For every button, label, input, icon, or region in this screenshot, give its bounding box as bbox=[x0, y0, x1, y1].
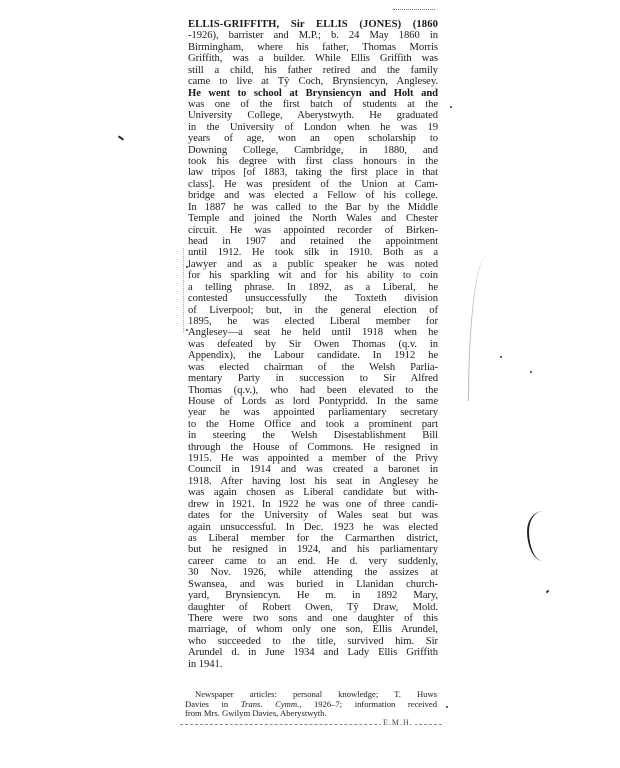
text-line: bridge and was elected a Fellow of his c… bbox=[188, 190, 438, 201]
text-line: was defeated by Sir Owen Thomas (q.v. in bbox=[188, 339, 438, 350]
text-line: 1895, he was elected Liberal member for bbox=[188, 316, 438, 327]
text-line: drew in 1921. In 1922 he was one of thre… bbox=[188, 499, 438, 510]
text-line: Thomas (q.v.), who had been elevated to … bbox=[188, 385, 438, 396]
speck bbox=[500, 356, 502, 358]
text-line: House of Lords as lord Pontypridd. In th… bbox=[188, 396, 438, 407]
text-line: mentary Party in succession to Sir Alfre… bbox=[188, 373, 438, 384]
text-line: again unsuccessful. In Dec. 1923 he was … bbox=[188, 522, 438, 533]
header-mark bbox=[393, 9, 435, 12]
text-line: who succeeded to the title, survived him… bbox=[188, 636, 438, 647]
text-line: was again chosen as Liberal candidate bu… bbox=[188, 487, 438, 498]
text-line: 1918. After having lost his seat in Angl… bbox=[188, 476, 438, 487]
text-line: came to live at Tŷ Coch, Brynsiencyn, An… bbox=[188, 76, 438, 87]
text-line: circuit. He was appointed recorder of Bi… bbox=[188, 225, 438, 236]
text-line: Council in 1914 and was created a barone… bbox=[188, 464, 438, 475]
text-line: Birmingham, where his father, Thomas Mor… bbox=[188, 42, 438, 53]
pen-mark bbox=[527, 511, 543, 561]
text-line: contested unsuccessfully the Toxteth div… bbox=[188, 293, 438, 304]
entry-heading: ELLIS-GRIFFITH, Sir ELLIS (JONES) (1860 bbox=[188, 19, 438, 30]
sources-note: Newspaper articles: personal knowledge; … bbox=[185, 690, 437, 719]
text-line: years of age, won an open scholarship to bbox=[188, 133, 438, 144]
text-line: yard, Brynsiencyn. He m. in 1892 Mary, bbox=[188, 590, 438, 601]
text-line: Temple and joined the North Wales and Ch… bbox=[188, 213, 438, 224]
text-line: in steering the Welsh Disestablishment B… bbox=[188, 430, 438, 441]
text-line: law tripos [of 1883, taking the first pl… bbox=[188, 167, 438, 178]
text-line: 30 Nov. 1926, while attending the assize… bbox=[188, 567, 438, 578]
text-line: but he resigned in 1924, and his parliam… bbox=[188, 544, 438, 555]
speck bbox=[186, 266, 188, 268]
text-line: of Liverpool; but, in the general electi… bbox=[188, 305, 438, 316]
speck bbox=[547, 590, 549, 592]
text-line: Anglesey—a seat he held until 1918 when … bbox=[188, 327, 438, 338]
author-initials: E.M.H. bbox=[381, 718, 415, 727]
text-line: until 1912. He took silk in 1910. Both a… bbox=[188, 247, 438, 258]
sources-text: Davies in bbox=[185, 699, 241, 709]
text-line: In 1887 he was called to the Bar by the … bbox=[188, 202, 438, 213]
text-line: head in 1907 and retained the appointmen… bbox=[188, 236, 438, 247]
sources-text: , 1926–7; information received bbox=[299, 699, 437, 709]
text-line: was one of the first batch of students a… bbox=[188, 99, 438, 110]
text-line: Griffith, was a builder. While Ellis Gri… bbox=[188, 53, 438, 64]
text-line: Downing College, Cambridge, in 1880, and bbox=[188, 145, 438, 156]
text-line: was elected chairman of the Welsh Parlia… bbox=[188, 362, 438, 373]
text-line: He went to school at Brynsiencyn and Hol… bbox=[188, 88, 438, 99]
text-line: in 1941. bbox=[188, 659, 438, 670]
journal-title: Trans. Cymm. bbox=[241, 699, 299, 709]
text-line: Appendix), the Labour candidate. In 1912… bbox=[188, 350, 438, 361]
text-line: University College, Aberystwyth. He grad… bbox=[188, 110, 438, 121]
biography-entry: ELLIS-GRIFFITH, Sir ELLIS (JONES) (1860 … bbox=[188, 19, 438, 670]
text-line: -1926), barrister and M.P.; b. 24 May 18… bbox=[188, 30, 438, 41]
scanned-page: ELLIS-GRIFFITH, Sir ELLIS (JONES) (1860 … bbox=[0, 0, 620, 768]
speck bbox=[186, 329, 188, 331]
text-line: to the Home Office and took a prominent … bbox=[188, 419, 438, 430]
text-line: daughter of Robert Owen, Tŷ Draw, Mold. bbox=[188, 602, 438, 613]
text-line: dates for the University of Wales seat b… bbox=[188, 510, 438, 521]
text-line: a telling phrase. In 1892, as a Liberal,… bbox=[188, 282, 438, 293]
speck bbox=[530, 371, 532, 373]
text-line: There were two sons and one daughter of … bbox=[188, 613, 438, 624]
text-line: as Liberal member for the Carmarthen dis… bbox=[188, 533, 438, 544]
text-line: for his sparkling wit and for his abilit… bbox=[188, 270, 438, 281]
scan-speckle-line bbox=[183, 248, 185, 333]
text-line: still a child, his father retired and th… bbox=[188, 65, 438, 76]
scan-margin-line bbox=[468, 256, 499, 401]
text-line: 1915. He was appointed a member of the P… bbox=[188, 453, 438, 464]
text-line: marriage, of whom only one son, Ellis Ar… bbox=[188, 624, 438, 635]
text-line: through the House of Commons. He resigne… bbox=[188, 442, 438, 453]
speck bbox=[446, 706, 448, 708]
text-line: Swansea, and was buried in Llanidan chur… bbox=[188, 579, 438, 590]
text-line: career came to an end. He d. very sudden… bbox=[188, 556, 438, 567]
text-line: year he was appointed parliamentary secr… bbox=[188, 407, 438, 418]
text-line: lawyer and as a public speaker he was no… bbox=[188, 259, 438, 270]
speck bbox=[450, 106, 452, 108]
stray-mark bbox=[118, 135, 124, 140]
text-line: in the University of London when he was … bbox=[188, 122, 438, 133]
text-line: class]. He was president of the Union at… bbox=[188, 179, 438, 190]
text-line: took his degree with first class honours… bbox=[188, 156, 438, 167]
text-line: Arundel d. in June 1934 and Lady Ellis G… bbox=[188, 647, 438, 658]
